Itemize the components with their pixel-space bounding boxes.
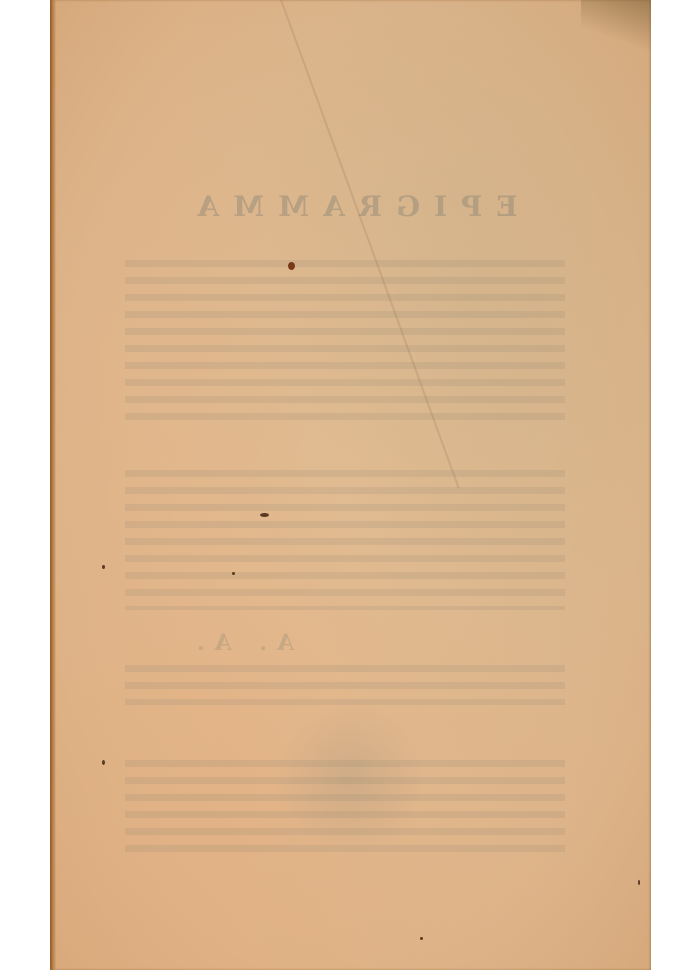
bleed-through-text-block-3: [125, 665, 565, 705]
foxing-spot: [260, 513, 269, 517]
foxing-spot: [102, 760, 105, 765]
bleed-through-initial: A. A.: [0, 630, 541, 656]
bleed-through-ornament: [275, 700, 425, 855]
foxing-spot: [102, 565, 105, 569]
foxing-spot: [638, 880, 640, 885]
bleed-through-text-block-1: [125, 260, 565, 430]
scanned-page: EPIGRAMMA A. A.: [50, 0, 651, 970]
bleed-through-heading: EPIGRAMMA: [50, 190, 651, 223]
page-corner-shadow: [581, 0, 651, 50]
foxing-spot: [288, 262, 295, 270]
foxing-spot: [420, 937, 423, 940]
foxing-spot: [232, 572, 235, 575]
bleed-through-text-block-2: [125, 470, 565, 610]
